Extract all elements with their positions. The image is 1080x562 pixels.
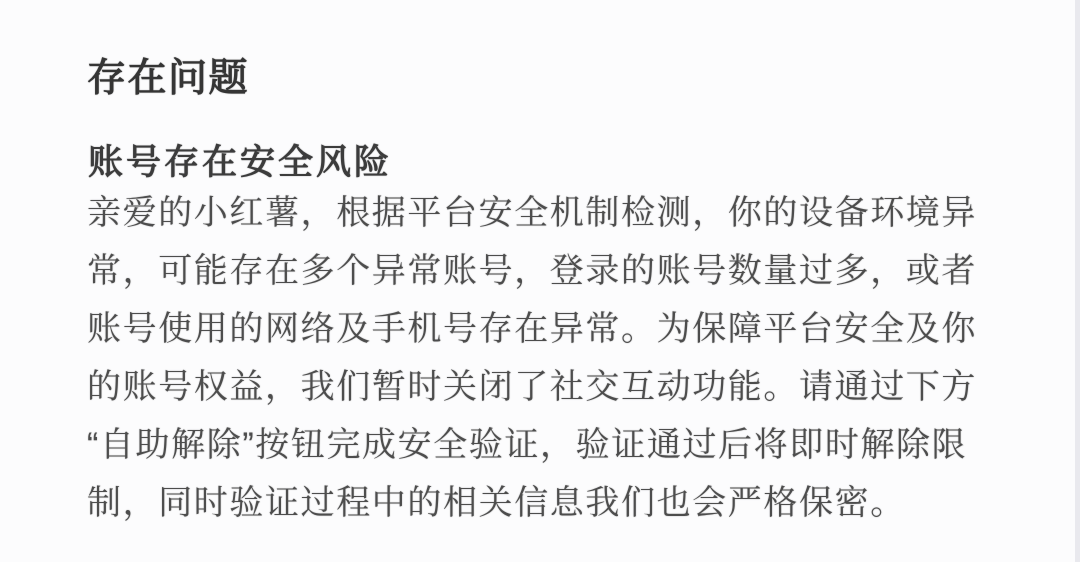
risk-description-line: 制，同时验证过程中的相关信息我们也会严格保密。 <box>87 474 977 532</box>
risk-description-line: 亲爱的小红薯，根据平台安全机制检测，你的设备环境异 <box>87 184 977 242</box>
risk-description-line: 账号使用的网络及手机号存在异常。为保障平台安全及你 <box>87 300 977 358</box>
risk-description-line: 的账号权益，我们暂时关闭了社交互动功能。请通过下方 <box>87 358 977 416</box>
risk-description-line: 常，可能存在多个异常账号，登录的账号数量过多，或者 <box>87 242 977 300</box>
account-status-page: 存在问题 账号存在安全风险 亲爱的小红薯，根据平台安全机制检测，你的设备环境异 … <box>0 0 1080 562</box>
screen-edge-strip <box>1075 0 1080 562</box>
risk-description: 亲爱的小红薯，根据平台安全机制检测，你的设备环境异 常，可能存在多个异常账号，登… <box>87 184 977 532</box>
risk-description-line: “自助解除”按钮完成安全验证，验证通过后将即时解除限 <box>87 416 977 474</box>
risk-title: 账号存在安全风险 <box>88 142 392 184</box>
section-title: 存在问题 <box>87 56 249 102</box>
